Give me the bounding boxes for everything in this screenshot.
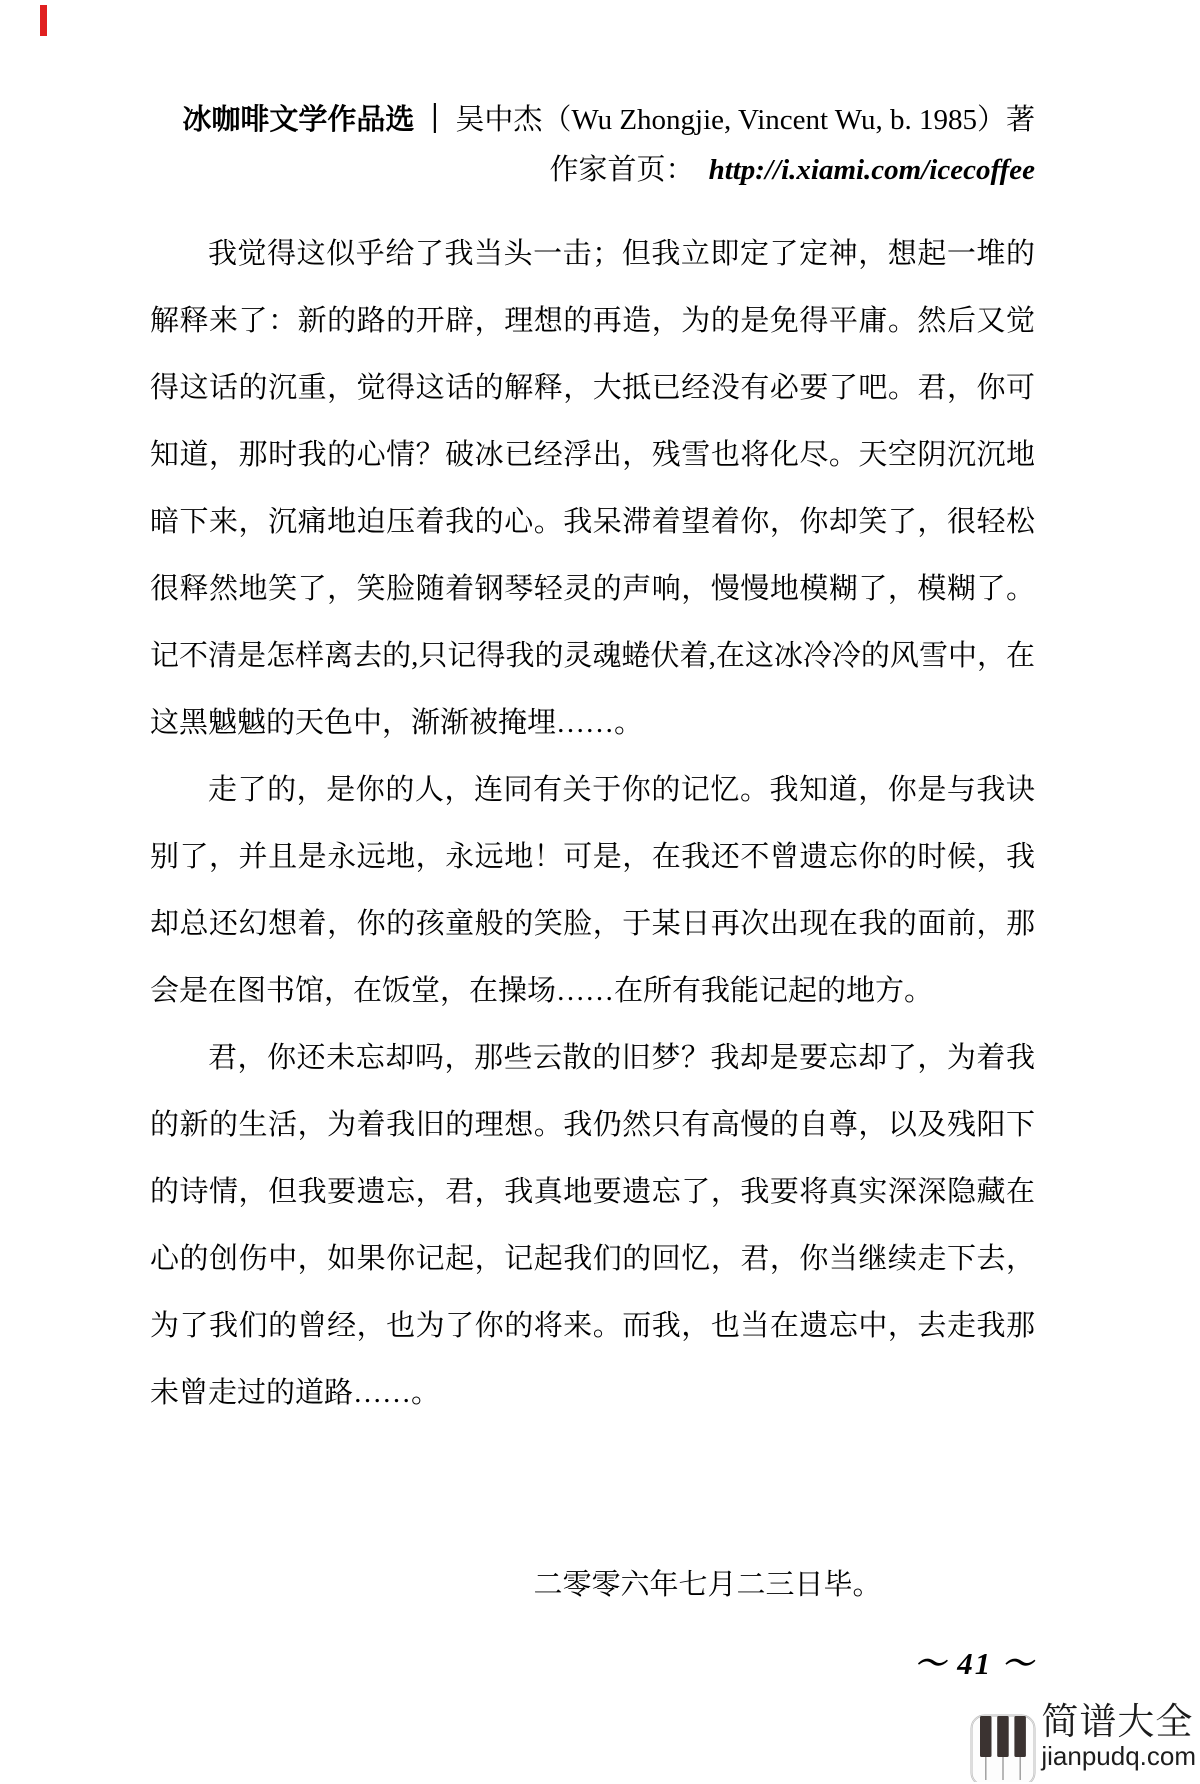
paragraph-3: 君，你还未忘却吗，那些云散的旧梦？我却是要忘却了，为着我的新的生活，为着我旧的理… [150,1025,1035,1427]
author-name: 吴中杰（Wu Zhongjie, Vincent Wu, b. 1985）著 [455,104,1035,136]
site-watermark: 简谱大全 jianpudq.com [970,1701,1196,1782]
red-cursor-mark [40,5,47,36]
completion-date-line: 二零零六年七月二三日毕。 [265,1565,1150,1605]
paragraph-1: 我觉得这似乎给了我当头一击；但我立即定了定神，想起一堆的解释来了：新的路的开辟，… [150,221,1035,757]
body-text: 我觉得这似乎给了我当头一击；但我立即定了定神，想起一堆的解释来了：新的路的开辟，… [150,221,1035,1427]
watermark-text: 简谱大全 jianpudq.com [1041,1701,1196,1770]
header-homepage-line: 作家首页：http://i.xiami.com/icecoffee [150,145,1035,195]
piano-keys-icon [970,1714,1036,1782]
document-page: 冰咖啡文学作品选｜吴中杰（Wu Zhongjie, Vincent Wu, b.… [0,0,1200,1784]
header-title-line: 冰咖啡文学作品选｜吴中杰（Wu Zhongjie, Vincent Wu, b.… [150,95,1035,145]
paragraph-2: 走了的，是你的人，连同有关于你的记忆。我知道，你是与我诀别了，并且是永远地，永远… [150,757,1035,1025]
homepage-url: http://i.xiami.com/icecoffee [695,154,1035,186]
homepage-label: 作家首页： [550,154,695,186]
watermark-site-name: 简谱大全 [1041,1701,1196,1742]
title-separator: ｜ [414,104,455,136]
watermark-site-url: jianpudq.com [1041,1742,1196,1770]
book-title: 冰咖啡文学作品选 [182,104,414,136]
page-header: 冰咖啡文学作品选｜吴中杰（Wu Zhongjie, Vincent Wu, b.… [150,95,1035,195]
page-number: ～ 41 ～ [915,1638,1036,1683]
